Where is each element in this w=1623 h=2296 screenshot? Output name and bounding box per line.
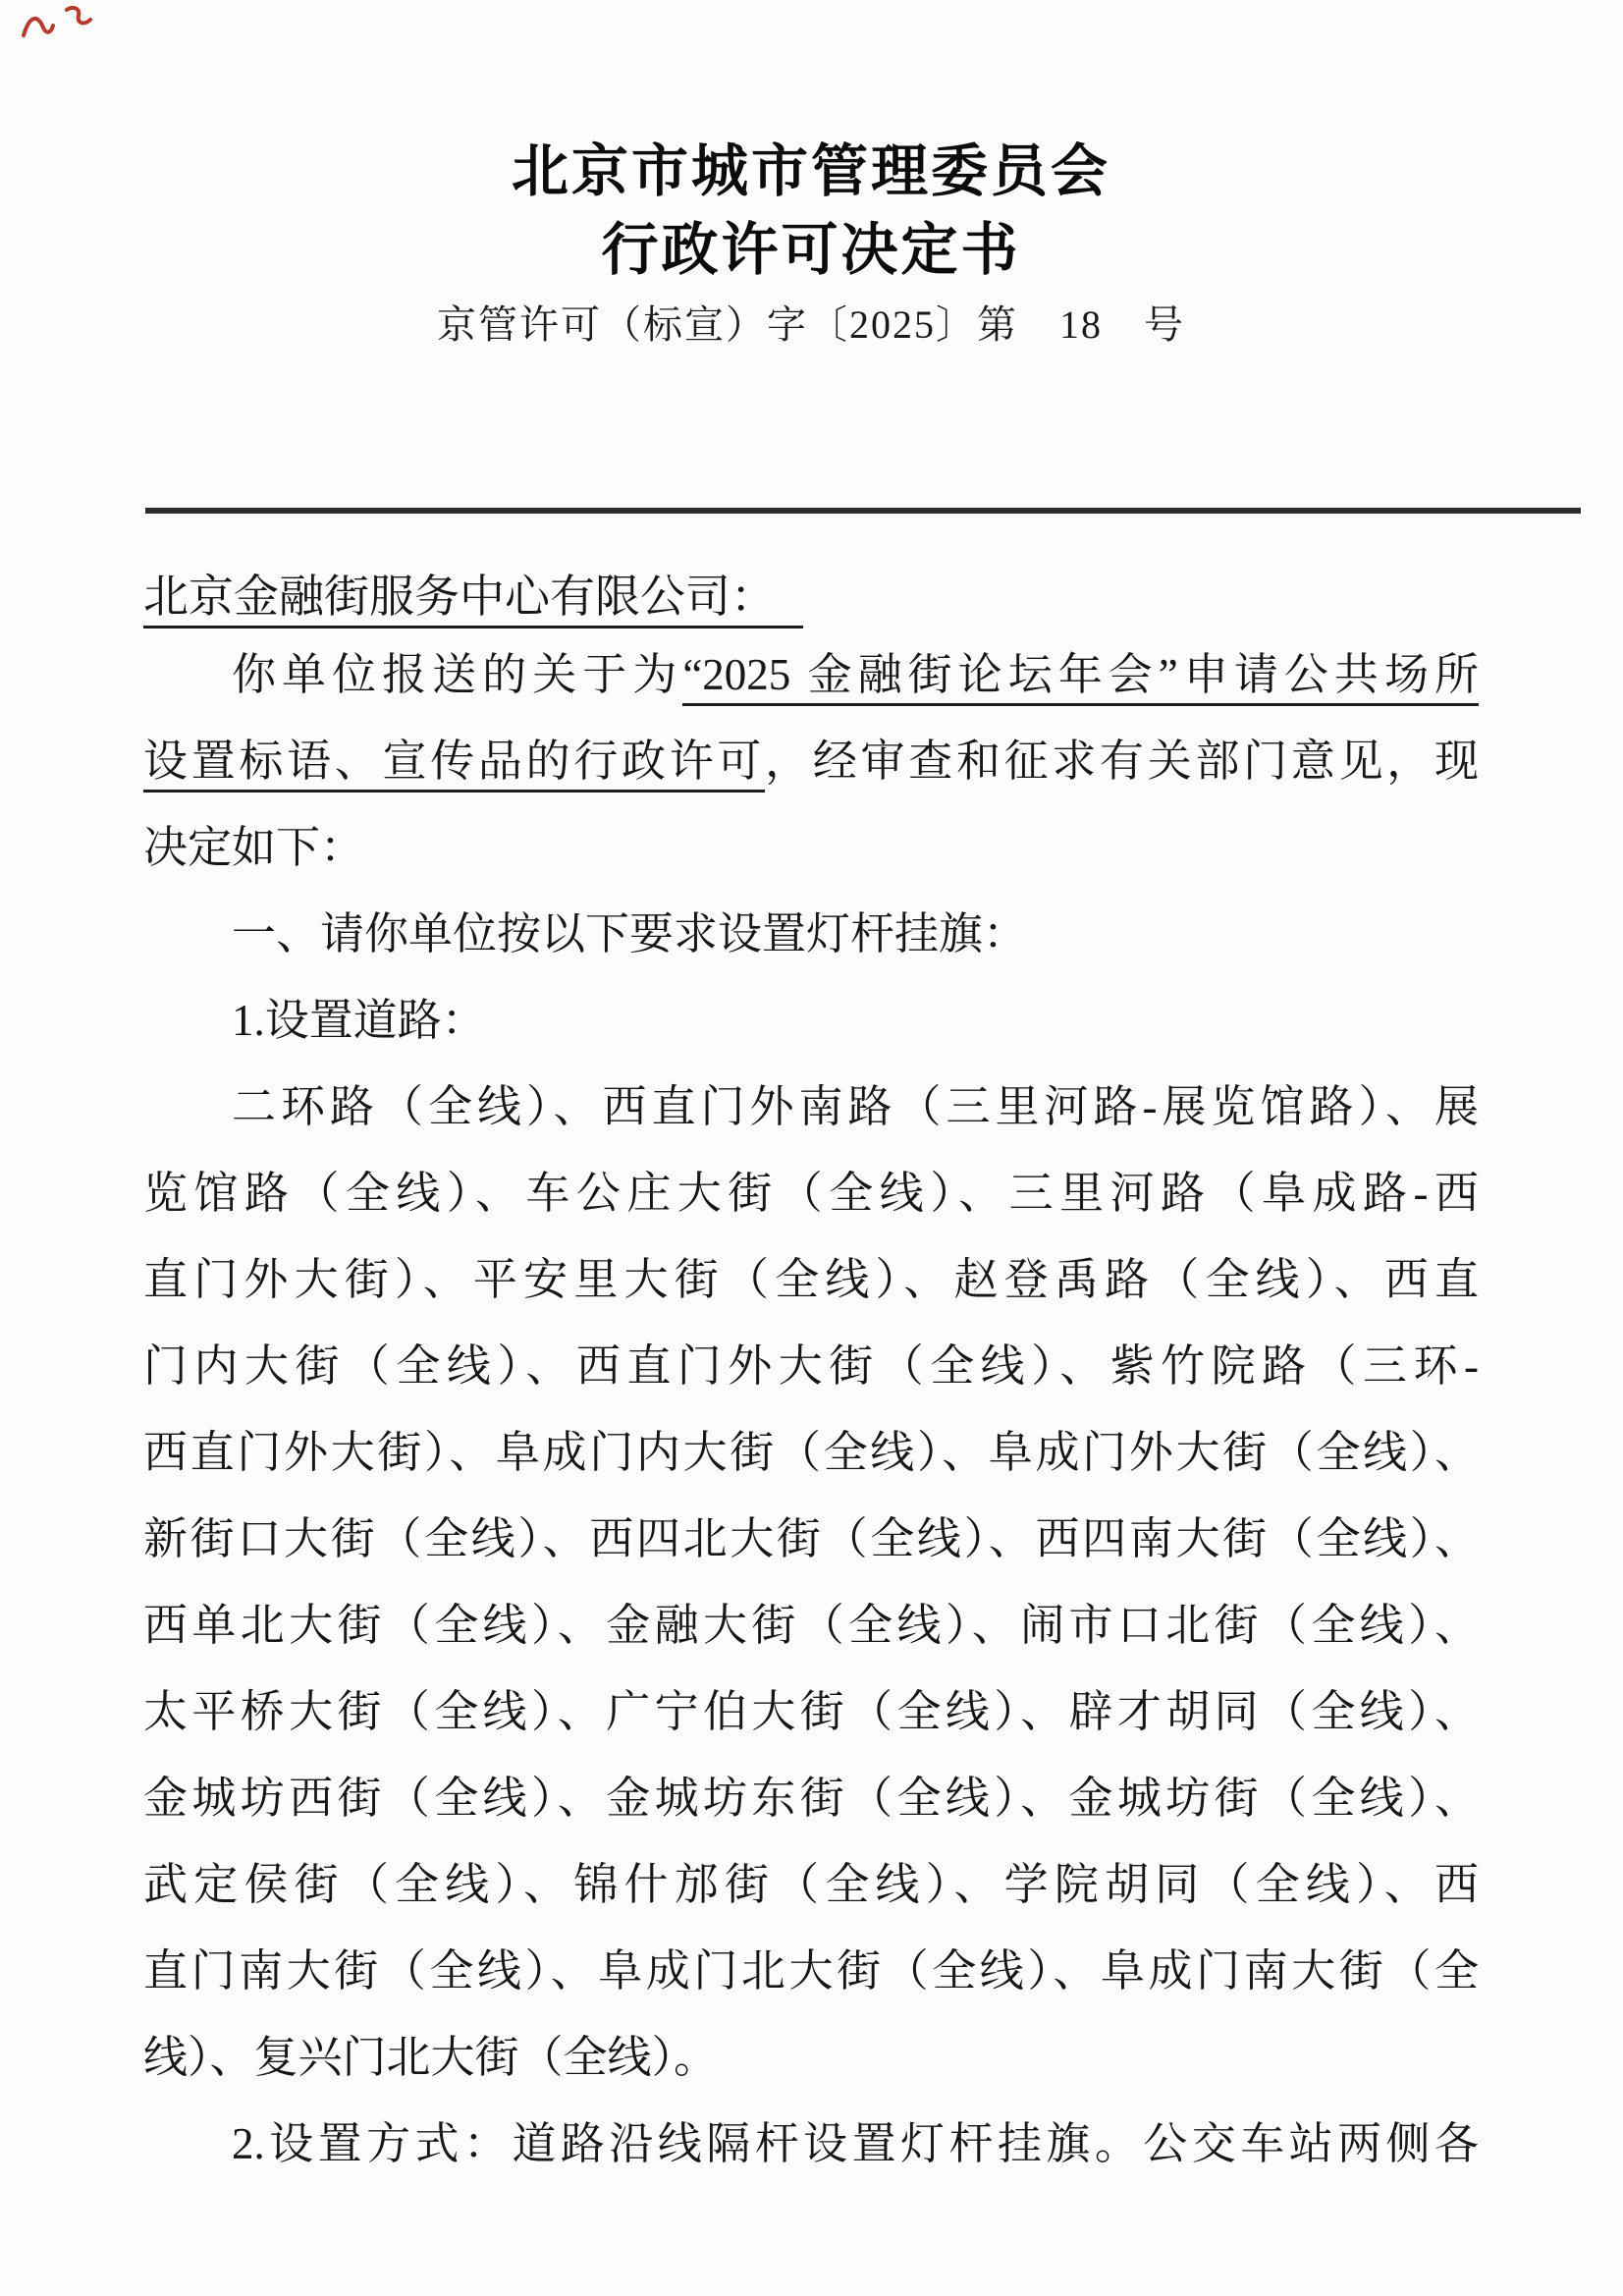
road-list-text: 门内大街（全线）、西直门外大街（全线）、紫竹院路（三环-	[143, 1341, 1479, 1391]
paragraph-line: 你单位报送的关于为“2025 金融街论坛年会”申请公共场所	[143, 631, 1479, 718]
road-list-text: 金城坊西街（全线）、金城坊东街（全线）、金城坊街（全线）、	[143, 1774, 1479, 1823]
para1-underlined-permit: 设置标语、宣传品的行政许可	[143, 737, 765, 793]
road-list-text: 西单北大街（全线）、金融大街（全线）、闹市口北街（全线）、	[143, 1601, 1479, 1650]
sub-item2-line: 2.设置方式：道路沿线隔杆设置灯杆挂旗。公交车站两侧各	[143, 2101, 1479, 2187]
road-list-line: 西直门外大街）、阜成门内大街（全线）、阜成门外大街（全线）、	[143, 1409, 1479, 1496]
road-list-line: 武定侯街（全线）、锦什邡街（全线）、学院胡同（全线）、西	[143, 1841, 1479, 1928]
road-list-line: 览馆路（全线）、车公庄大街（全线）、三里河路（阜成路-西	[143, 1150, 1479, 1236]
issuing-authority-title: 北京市城市管理委员会	[143, 133, 1479, 211]
addressee-name: 北京金融街服务中心有限公司：	[143, 572, 803, 629]
road-list-text: 览馆路（全线）、车公庄大街（全线）、三里河路（阜成路-西	[143, 1169, 1479, 1218]
road-list-text: 武定侯街（全线）、锦什邡街（全线）、学院胡同（全线）、西	[143, 1860, 1479, 1909]
sub-item1-heading-text: 1.设置道路：	[232, 996, 486, 1045]
document-page: 北京市城市管理委员会 行政许可决定书 京管许可（标宣）字〔2025〕第 18 号…	[0, 0, 1623, 2296]
road-list-line: 金城坊西街（全线）、金城坊东街（全线）、金城坊街（全线）、	[143, 1755, 1479, 1841]
road-list-line: 门内大街（全线）、西直门外大街（全线）、紫竹院路（三环-	[143, 1323, 1479, 1409]
road-list-text: 新街口大街（全线）、西四北大街（全线）、西四南大街（全线）、	[143, 1514, 1479, 1563]
road-list-line: 西单北大街（全线）、金融大街（全线）、闹市口北街（全线）、	[143, 1582, 1479, 1668]
header-separator-rule	[145, 508, 1581, 514]
road-list-line: 新街口大街（全线）、西四北大街（全线）、西四南大街（全线）、	[143, 1496, 1479, 1582]
item1-heading: 一、请你单位按以下要求设置灯杆挂旗：	[143, 891, 1479, 977]
road-list-text: 太平桥大街（全线）、广宁伯大街（全线）、辟才胡同（全线）、	[143, 1687, 1479, 1736]
document-number: 京管许可（标宣）字〔2025〕第 18 号	[143, 298, 1479, 353]
para1-lead-text: 你单位报送的关于为	[232, 650, 682, 699]
para1-underlined-event: “2025 金融街论坛年会”申请公共场所	[682, 650, 1479, 706]
road-list-text: 直门外大街）、平安里大街（全线）、赵登禹路（全线）、西直	[143, 1255, 1479, 1304]
addressee-line: 北京金融街服务中心有限公司：	[143, 563, 1479, 631]
road-list-line: 线）、复兴门北大街（全线）。	[143, 2014, 1479, 2101]
road-list-line: 直门外大街）、平安里大街（全线）、赵登禹路（全线）、西直	[143, 1236, 1479, 1323]
paragraph-line: 设置标语、宣传品的行政许可，经审查和征求有关部门意见，现	[143, 718, 1479, 804]
road-list-text: 直门南大街（全线）、阜成门北大街（全线）、阜成门南大街（全	[143, 1946, 1479, 1995]
document-type-title: 行政许可决定书	[143, 211, 1479, 290]
paragraph-line: 决定如下：	[143, 804, 1479, 891]
road-list-text: 线）、复兴门北大街（全线）。	[143, 2033, 718, 2082]
road-list-text: 西直门外大街）、阜成门内大街（全线）、阜成门外大街（全线）、	[143, 1428, 1479, 1477]
road-list-line: 二环路（全线）、西直门外南路（三里河路-展览馆路）、展	[143, 1064, 1479, 1150]
item1-heading-text: 一、请你单位按以下要求设置灯杆挂旗：	[232, 909, 1027, 958]
road-list-text: 二环路（全线）、西直门外南路（三里河路-展览馆路）、展	[232, 1082, 1479, 1131]
sub-item1-heading: 1.设置道路：	[143, 977, 1479, 1064]
road-list-line: 太平桥大街（全线）、广宁伯大街（全线）、辟才胡同（全线）、	[143, 1668, 1479, 1755]
road-list-line: 直门南大街（全线）、阜成门北大街（全线）、阜成门南大街（全	[143, 1928, 1479, 2014]
para1-closing: 决定如下：	[143, 823, 364, 872]
red-pen-scan-mark	[16, 2, 104, 45]
para1-rest-text: ，经审查和征求有关部门意见，现	[765, 737, 1479, 786]
sub-item2-text: 2.设置方式：道路沿线隔杆设置灯杆挂旗。公交车站两侧各	[232, 2119, 1479, 2168]
document-content: 北京市城市管理委员会 行政许可决定书 京管许可（标宣）字〔2025〕第 18 号…	[143, 133, 1479, 2187]
